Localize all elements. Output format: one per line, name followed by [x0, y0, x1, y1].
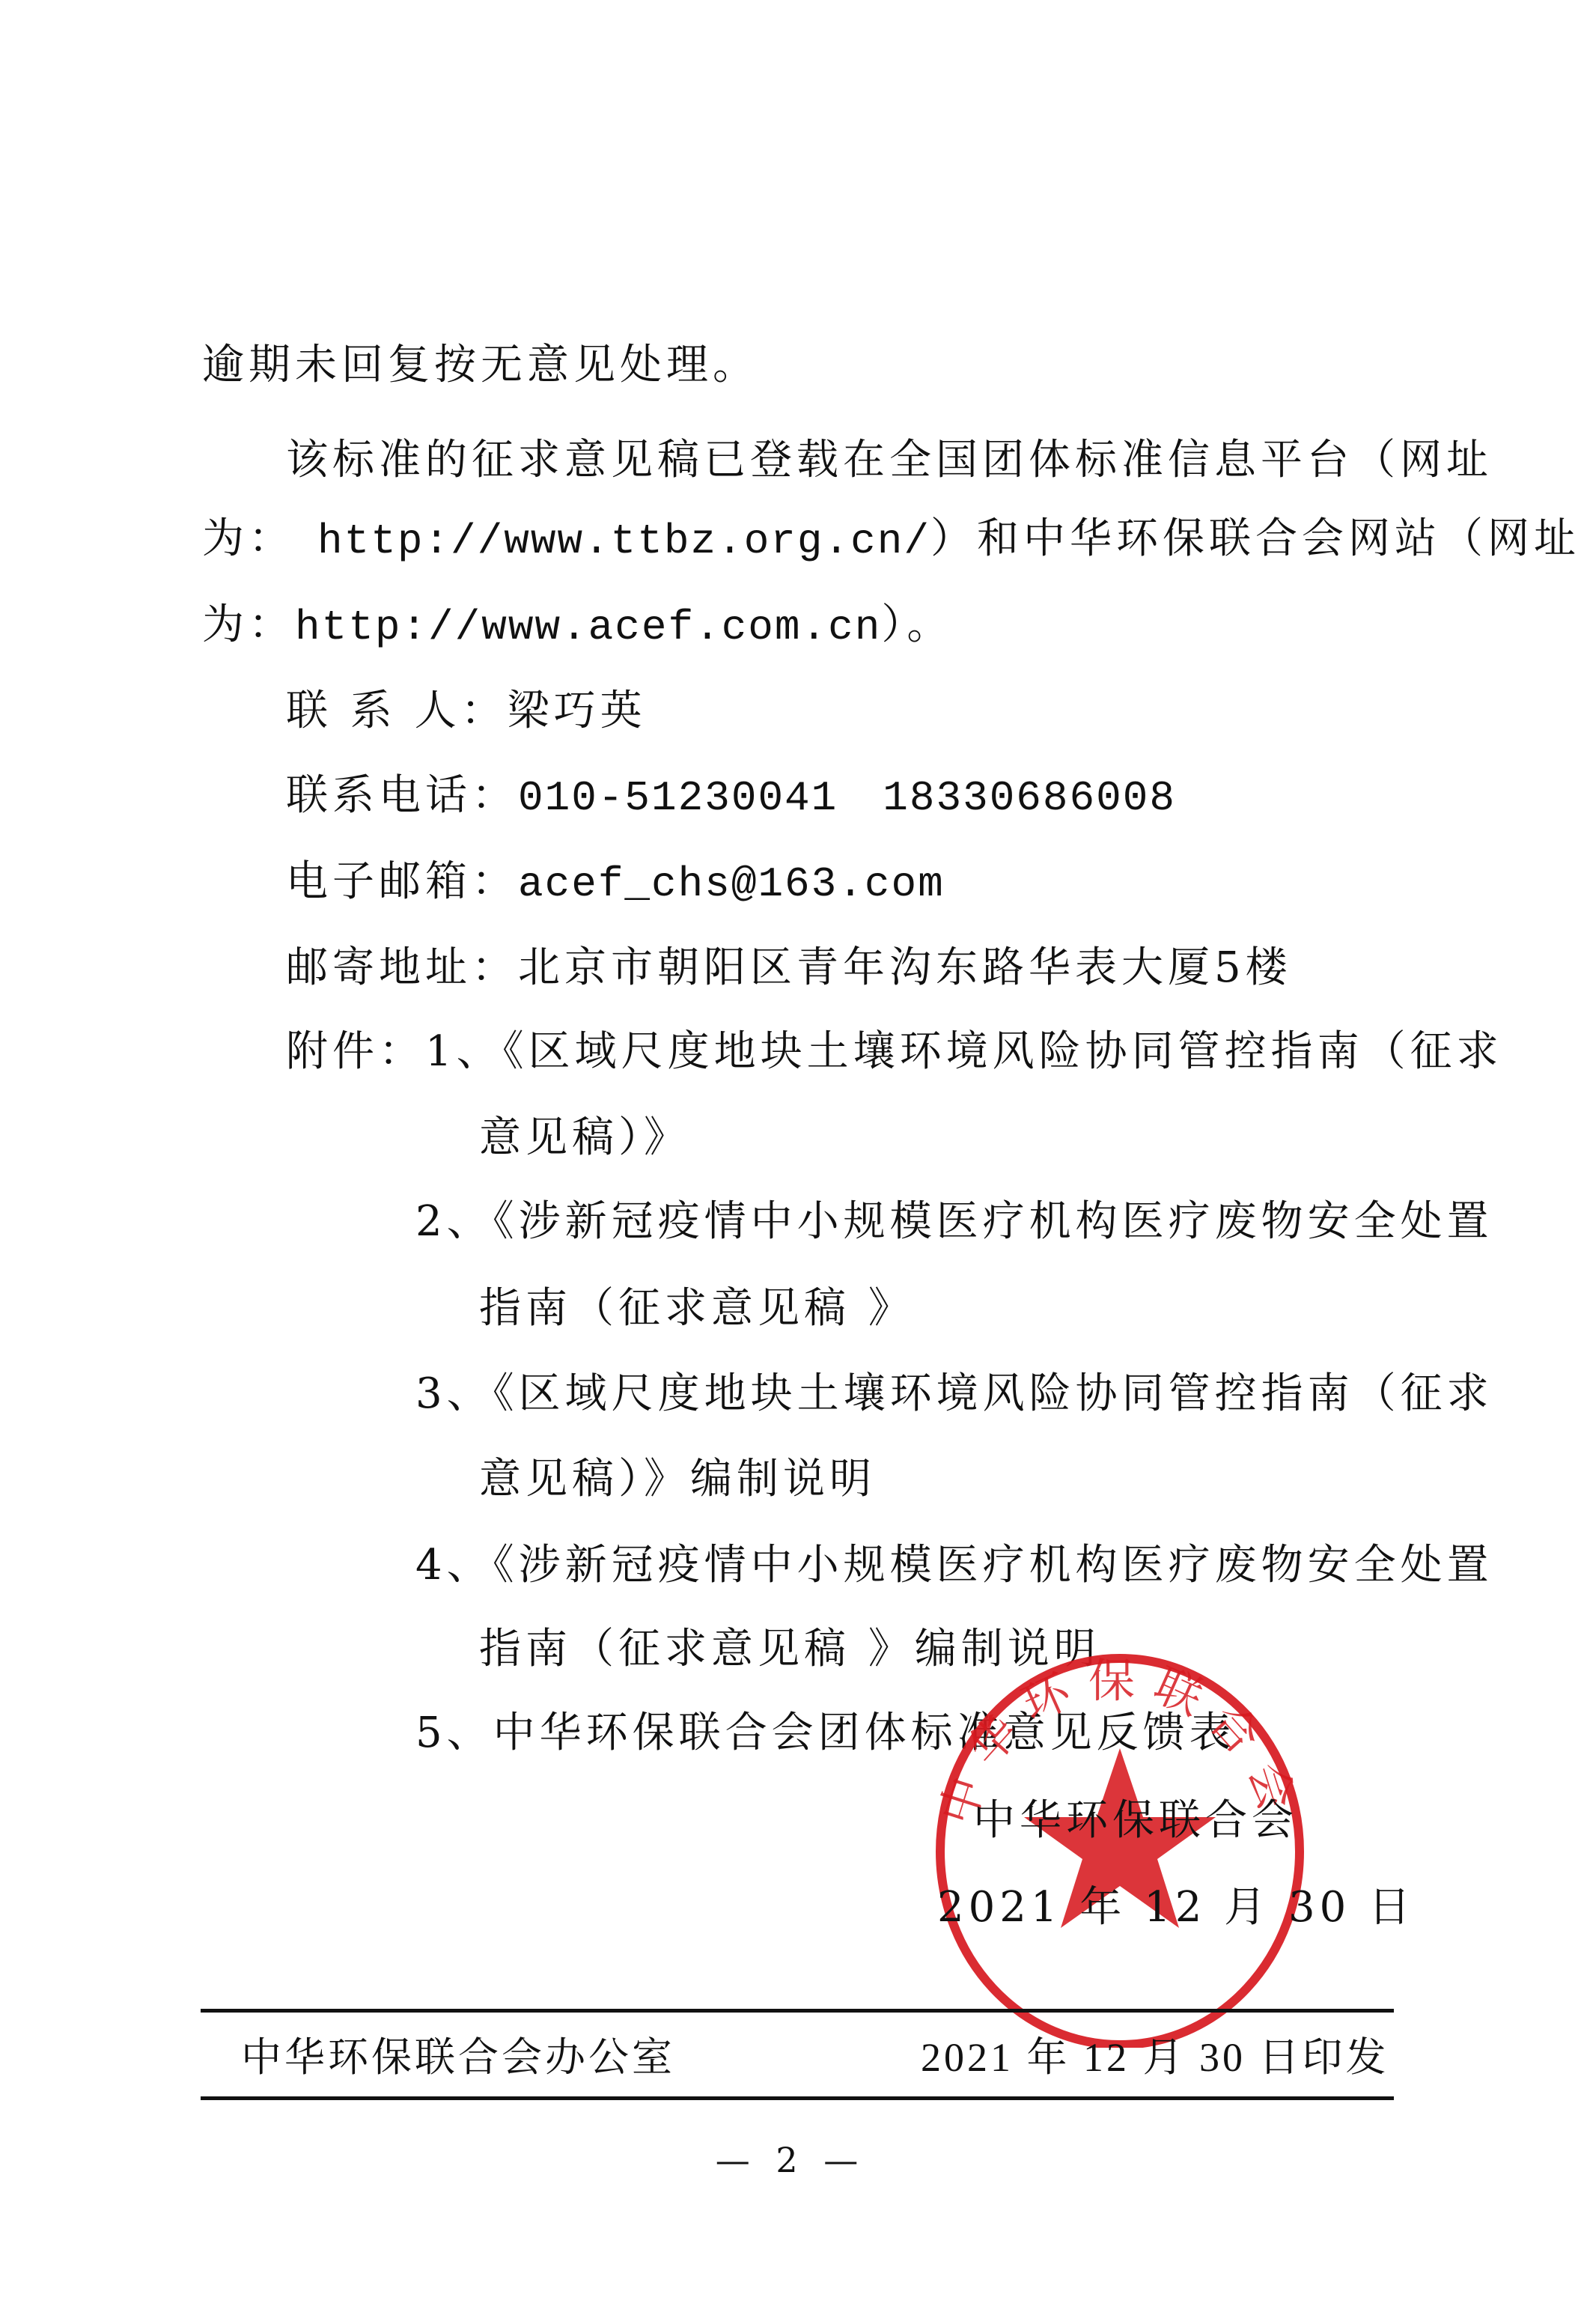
- contact-person-label: 联 系 人：: [286, 687, 508, 735]
- contact-phone-label: 联系电话：: [286, 771, 518, 820]
- text-suffix: ）。: [881, 600, 953, 649]
- attachment-item-4: 4、《涉新冠疫情中小规模医疗机构医疗废物安全处置: [415, 1539, 1493, 1592]
- footer-bottom-rule: [201, 2096, 1394, 2100]
- attachment-title: 《涉新冠疫情中小规模医疗机构医疗废物安全处置: [493, 1541, 1493, 1590]
- attachment-title: 《区域尺度地块土壤环境风险协同管控指南（征求: [503, 1027, 1503, 1076]
- attachment-number: 1、: [425, 1027, 503, 1076]
- attachment-title: 中华环保联合会团体标准意见反馈表: [493, 1709, 1236, 1757]
- contact-person-row: 联 系 人：梁巧英: [286, 685, 647, 737]
- paragraph-publication-line3: 为：http://www.acef.com.cn）。: [202, 599, 953, 654]
- attachment-title: 《涉新冠疫情中小规模医疗机构医疗废物安全处置: [493, 1197, 1493, 1246]
- attachment-item-2-cont: 指南（征求意见稿 》: [479, 1283, 915, 1335]
- signature-date: 2021 年 12 月 30 日: [937, 1882, 1415, 1934]
- contact-email-value[interactable]: acef_chs@163.com: [518, 860, 945, 908]
- attachment-item-3-cont: 意见稿）》编制说明: [479, 1453, 876, 1506]
- text-suffix: ）和中华环保联合会网站（网址: [930, 514, 1580, 563]
- paragraph-publication-line2: 为：http://www.ttbz.org.cn/）和中华环保联合会网站（网址: [202, 513, 1580, 568]
- footer-issue-date: 2021 年 12 月 30 日印发: [921, 2033, 1389, 2082]
- attachment-item-4-cont: 指南（征求意见稿 》编制说明: [479, 1623, 1100, 1676]
- attachment-item-2: 2、《涉新冠疫情中小规模医疗机构医疗废物安全处置: [415, 1196, 1493, 1248]
- attachment-title: 《区域尺度地块土壤环境风险协同管控指南（征求: [493, 1369, 1493, 1418]
- attachment-item-5: 5、中华环保联合会团体标准意见反馈表: [415, 1707, 1236, 1759]
- paragraph-deadline: 逾期未回复按无意见处理。: [202, 339, 759, 392]
- attachment-item-1: 附件：1、《区域尺度地块土壤环境风险协同管控指南（征求: [286, 1026, 1503, 1078]
- contact-email-label: 电子邮箱：: [286, 857, 518, 906]
- attachments-label: 附件：: [286, 1027, 425, 1076]
- attachment-number: 3、: [415, 1369, 493, 1418]
- link-ttbz[interactable]: http://www.ttbz.org.cn/: [317, 517, 930, 565]
- footer-issuer: 中华环保联合会办公室: [241, 2033, 675, 2082]
- contact-person-value: 梁巧英: [508, 687, 647, 735]
- contact-email-row: 电子邮箱：acef_chs@163.com: [286, 856, 945, 910]
- contact-phone-row: 联系电话：010-5123004118330686008: [286, 770, 1176, 824]
- contact-address-row: 邮寄地址：北京市朝阳区青年沟东路华表大厦5楼: [286, 942, 1292, 994]
- signature-organization: 中华环保联合会: [973, 1795, 1298, 1847]
- contact-address-value: 北京市朝阳区青年沟东路华表大厦5楼: [518, 943, 1292, 992]
- attachment-number: 5、: [415, 1709, 493, 1757]
- attachment-number: 4、: [415, 1541, 493, 1590]
- document-page: 逾期未回复按无意见处理。 该标准的征求意见稿已登载在全国团体标准信息平台（网址 …: [0, 0, 1581, 2324]
- label-wei: 为：: [202, 600, 295, 649]
- contact-address-label: 邮寄地址：: [286, 943, 518, 992]
- paragraph-publication-line1: 该标准的征求意见稿已登载在全国团体标准信息平台（网址: [286, 434, 1493, 487]
- attachment-number: 2、: [415, 1197, 493, 1246]
- contact-phone-value-2: 18330686008: [883, 774, 1176, 822]
- footer-top-rule: [201, 2009, 1394, 2013]
- label-wei: 为：: [202, 514, 295, 563]
- attachment-item-3: 3、《区域尺度地块土壤环境风险协同管控指南（征求: [415, 1368, 1493, 1420]
- attachment-item-1-cont: 意见稿）》: [479, 1112, 690, 1164]
- page-number: — 2 —: [0, 2140, 1581, 2180]
- link-acef[interactable]: http://www.acef.com.cn: [295, 603, 881, 651]
- contact-phone-value-1: 010-51230041: [518, 774, 838, 822]
